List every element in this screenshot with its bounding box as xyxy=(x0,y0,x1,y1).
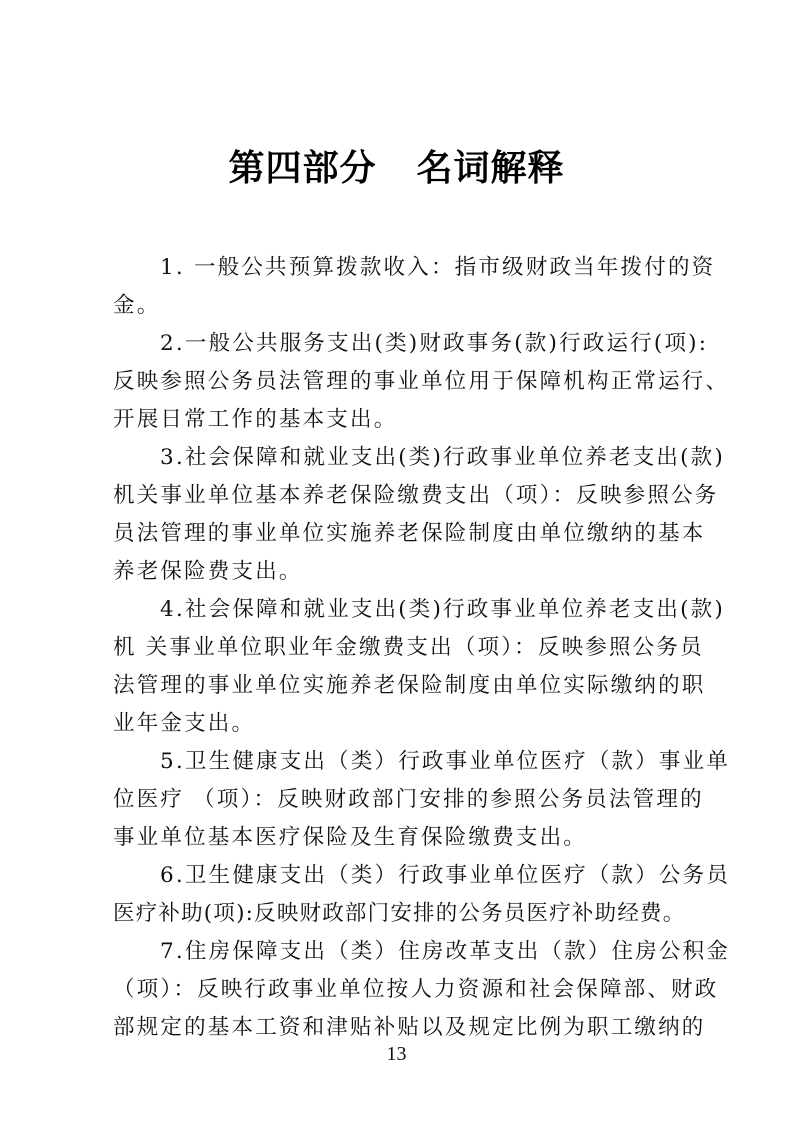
paragraph-line: 机 关事业单位职业年金缴费支出（项）：反映参照公务员 xyxy=(113,633,704,663)
paragraph-line: 6.卫生健康支出（类）行政事业单位医疗（款）公务员 xyxy=(160,861,730,891)
paragraph-line: 金。 xyxy=(113,291,160,321)
paragraph-line: 5.卫生健康支出（类）行政事业单位医疗（款）事业单 xyxy=(160,747,730,777)
paragraph-line: 反映参照公务员法管理的事业单位用于保障机构正常运行、 xyxy=(113,367,729,397)
paragraph-line: 开展日常工作的基本支出。 xyxy=(113,405,397,435)
paragraph-line: 业年金支出。 xyxy=(113,709,255,739)
paragraph-line: 1. 一般公共预算拨款收入：指市级财政当年拨付的资 xyxy=(160,253,715,283)
paragraph-line: 位医疗 （项）：反映财政部门安排的参照公务员法管理的 xyxy=(113,785,704,815)
paragraph-line: 4.社会保障和就业支出(类)行政事业单位养老支出(款) xyxy=(160,595,725,625)
paragraph-line: 员法管理的事业单位实施养老保险制度由单位缴纳的基本 xyxy=(113,519,706,549)
paragraph-line: 7.住房保障支出（类）住房改革支出（款）住房公积金 xyxy=(160,937,730,967)
section-title-part: 第四部分 xyxy=(228,147,376,189)
paragraph-line: 法管理的事业单位实施养老保险制度由单位实际缴纳的职 xyxy=(113,671,706,701)
paragraph-line: 养老保险费支出。 xyxy=(113,557,303,587)
section-title: 第四部分名词解释 xyxy=(0,140,793,191)
paragraph-line: 部规定的基本工资和津贴补贴以及规定比例为职工缴纳的 xyxy=(113,1013,706,1043)
paragraph-line: 事业单位基本医疗保险及生育保险缴费支出。 xyxy=(113,823,587,853)
paragraph-line: 2.一般公共服务支出(类)财政事务(款)行政运行(项): xyxy=(160,329,708,359)
paragraph-line: 医疗补助(项):反映财政部门安排的公务员医疗补助经费。 xyxy=(113,899,685,929)
paragraph-line: 机关事业单位基本养老保险缴费支出（项）：反映参照公务 xyxy=(113,481,718,511)
paragraph-line: （项）：反映行政事业单位按人力资源和社会保障部、财政 xyxy=(113,975,718,1005)
paragraph-line: 3.社会保障和就业支出(类)行政事业单位养老支出(款) xyxy=(160,443,725,473)
page-number: 13 xyxy=(0,1043,793,1066)
section-title-heading: 名词解释 xyxy=(417,147,565,189)
